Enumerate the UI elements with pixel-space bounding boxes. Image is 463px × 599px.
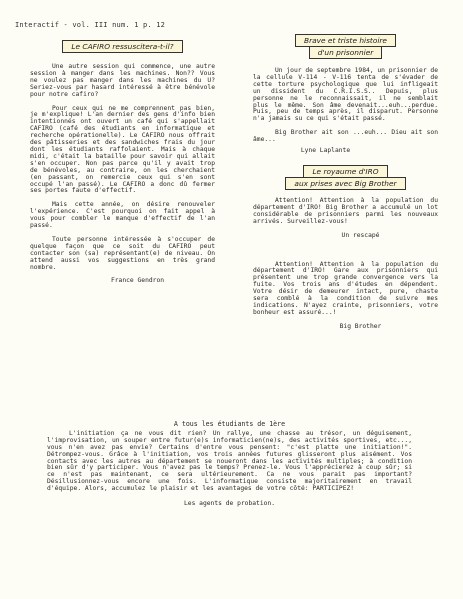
article-royaume: Le royaume d'IRO aux prises avec Big Bro… — [253, 165, 438, 240]
article-paragraph: Attention! Attention à la population du … — [253, 198, 438, 226]
article-title: Le CAFIRO ressuscitera-t-il? — [62, 40, 182, 53]
article-paragraph: Big Brother ait son ...euh... Dieu ait s… — [253, 130, 438, 144]
article-cafiro: Le CAFIRO ressuscitera-t-il? Une autre s… — [30, 40, 215, 295]
right-column: Brave et triste histoire d'un prisonnier… — [253, 40, 438, 341]
article-paragraph: Mais cette année, on désire renouveler l… — [30, 202, 215, 230]
article-title-line2: d'un prisonnier — [309, 46, 383, 59]
article-paragraph: Une autre session qui commence, une autr… — [30, 64, 215, 99]
article-title-line2: aux prises avec Big Brother — [285, 177, 405, 190]
article-etudiants: A tous les étudiants de 1ère L'initiatio… — [47, 421, 412, 518]
article-paragraph: Un jour de septembre 1984, un prisonnier… — [253, 68, 438, 123]
article-signature: Lyne Laplante — [253, 148, 398, 155]
running-header: Interactif - vol. III num. 1 p. 12 — [15, 21, 165, 29]
article-signature: Un rescapé — [283, 233, 438, 240]
article-title: A tous les étudiants de 1ère — [47, 421, 412, 428]
article-paragraph: Toute personne intéressée à s'occuper de… — [30, 237, 215, 272]
article-paragraph: Pour ceux qui ne me comprennent pas bien… — [30, 106, 215, 196]
article-prisonnier: Brave et triste histoire d'un prisonnier… — [253, 34, 438, 155]
article-bigbrother: Attention! Attention à la population du … — [253, 262, 438, 331]
article-paragraph: Attention! Attention à la population du … — [253, 262, 438, 317]
article-signature: France Gendron — [60, 278, 215, 285]
article-title-box: Brave et triste histoire d'un prisonnier — [253, 34, 438, 59]
article-title-box: Le CAFIRO ressuscitera-t-il? — [30, 40, 215, 53]
article-signature: Big Brother — [283, 324, 438, 331]
article-title-box: Le royaume d'IRO aux prises avec Big Bro… — [253, 165, 438, 190]
article-signature: Les agents de probation. — [47, 501, 412, 508]
article-paragraph: L'initiation ça ne vous dit rien? Un ral… — [47, 431, 412, 493]
